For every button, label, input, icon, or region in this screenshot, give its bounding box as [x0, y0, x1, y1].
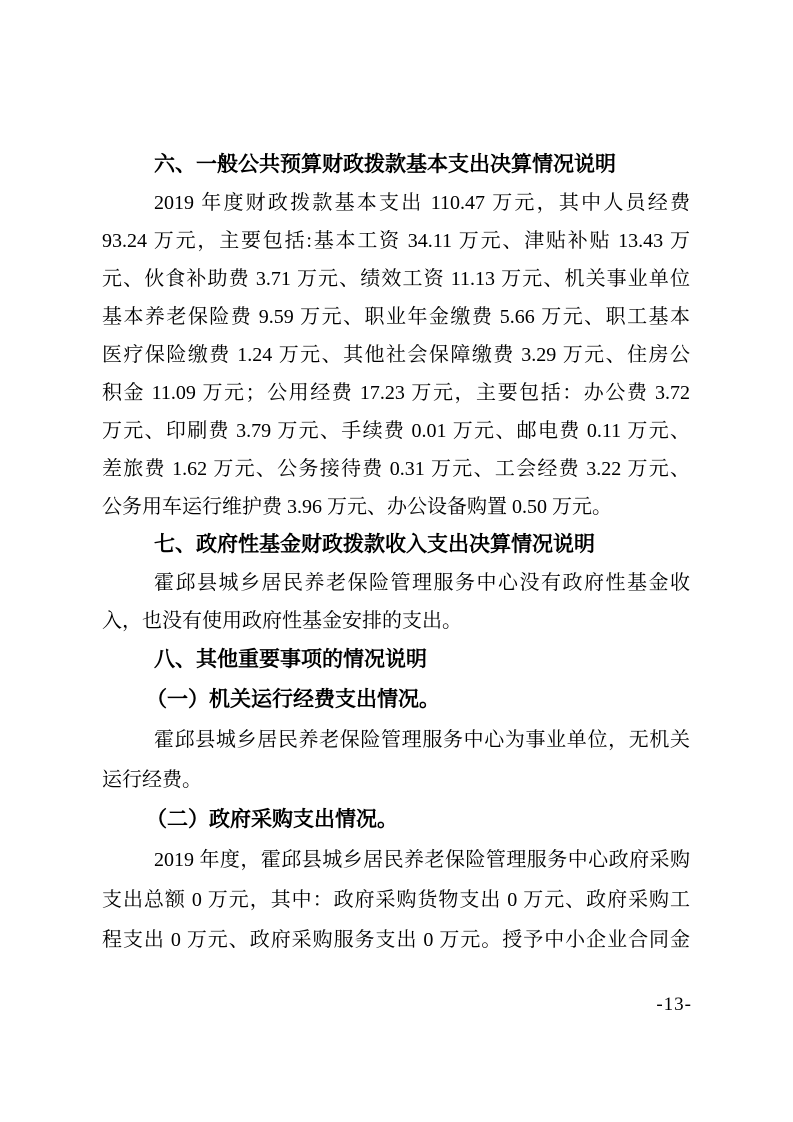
- section-6-line-3: 元、伙食补助费 3.71 万元、绩效工资 11.13 万元、机关事业单位: [102, 260, 690, 298]
- section-6-line-5: 医疗保险缴费 1.24 万元、其他社会保障缴费 3.29 万元、住房公: [102, 336, 690, 374]
- section-6-line-9: 公务用车运行维护费 3.96 万元、办公设备购置 0.50 万元。: [102, 488, 690, 526]
- section-8-sub-1-line-1: 霍邱县城乡居民养老保险管理服务中心为事业单位，无机关: [102, 720, 690, 760]
- section-8-sub-2-line-1: 2019 年度，霍邱县城乡居民养老保险管理服务中心政府采购: [102, 840, 690, 880]
- section-6-line-8: 差旅费 1.62 万元、公务接待费 0.31 万元、工会经费 3.22 万元、: [102, 450, 690, 488]
- document-content: 六、一般公共预算财政拨款基本支出决算情况说明 2019 年度财政拨款基本支出 1…: [102, 146, 690, 960]
- page-number: -13-: [656, 994, 692, 1016]
- document-page: 六、一般公共预算财政拨款基本支出决算情况说明 2019 年度财政拨款基本支出 1…: [0, 0, 793, 1122]
- section-8-sub-1-line-2: 运行经费。: [102, 760, 690, 800]
- section-8-sub-2-line-3: 程支出 0 万元、政府采购服务支出 0 万元。授予中小企业合同金: [102, 920, 690, 960]
- section-6-line-4: 基本养老保险费 9.59 万元、职业年金缴费 5.66 万元、职工基本: [102, 298, 690, 336]
- upper-text-block: 六、一般公共预算财政拨款基本支出决算情况说明 2019 年度财政拨款基本支出 1…: [102, 146, 690, 640]
- section-7-line-1: 霍邱县城乡居民养老保险管理服务中心没有政府性基金收: [102, 564, 690, 602]
- section-7-line-2: 入，也没有使用政府性基金安排的支出。: [102, 602, 690, 640]
- section-8-sub-1-heading: （一）机关运行经费支出情况。: [102, 680, 690, 720]
- section-6-line-7: 万元、印刷费 3.79 万元、手续费 0.01 万元、邮电费 0.11 万元、: [102, 412, 690, 450]
- section-6-heading: 六、一般公共预算财政拨款基本支出决算情况说明: [102, 146, 690, 184]
- section-6-line-2: 93.24 万元，主要包括:基本工资 34.11 万元、津贴补贴 13.43 万: [102, 222, 690, 260]
- section-6-line-6: 积金 11.09 万元；公用经费 17.23 万元，主要包括：办公费 3.72: [102, 374, 690, 412]
- section-8-heading: 八、其他重要事项的情况说明: [102, 640, 690, 680]
- section-7-heading: 七、政府性基金财政拨款收入支出决算情况说明: [102, 526, 690, 564]
- section-8-sub-2-line-2: 支出总额 0 万元，其中：政府采购货物支出 0 万元、政府采购工: [102, 880, 690, 920]
- section-6-line-1: 2019 年度财政拨款基本支出 110.47 万元，其中人员经费: [102, 184, 690, 222]
- section-8-sub-2-heading: （二）政府采购支出情况。: [102, 800, 690, 840]
- lower-text-block: 八、其他重要事项的情况说明 （一）机关运行经费支出情况。 霍邱县城乡居民养老保险…: [102, 640, 690, 960]
